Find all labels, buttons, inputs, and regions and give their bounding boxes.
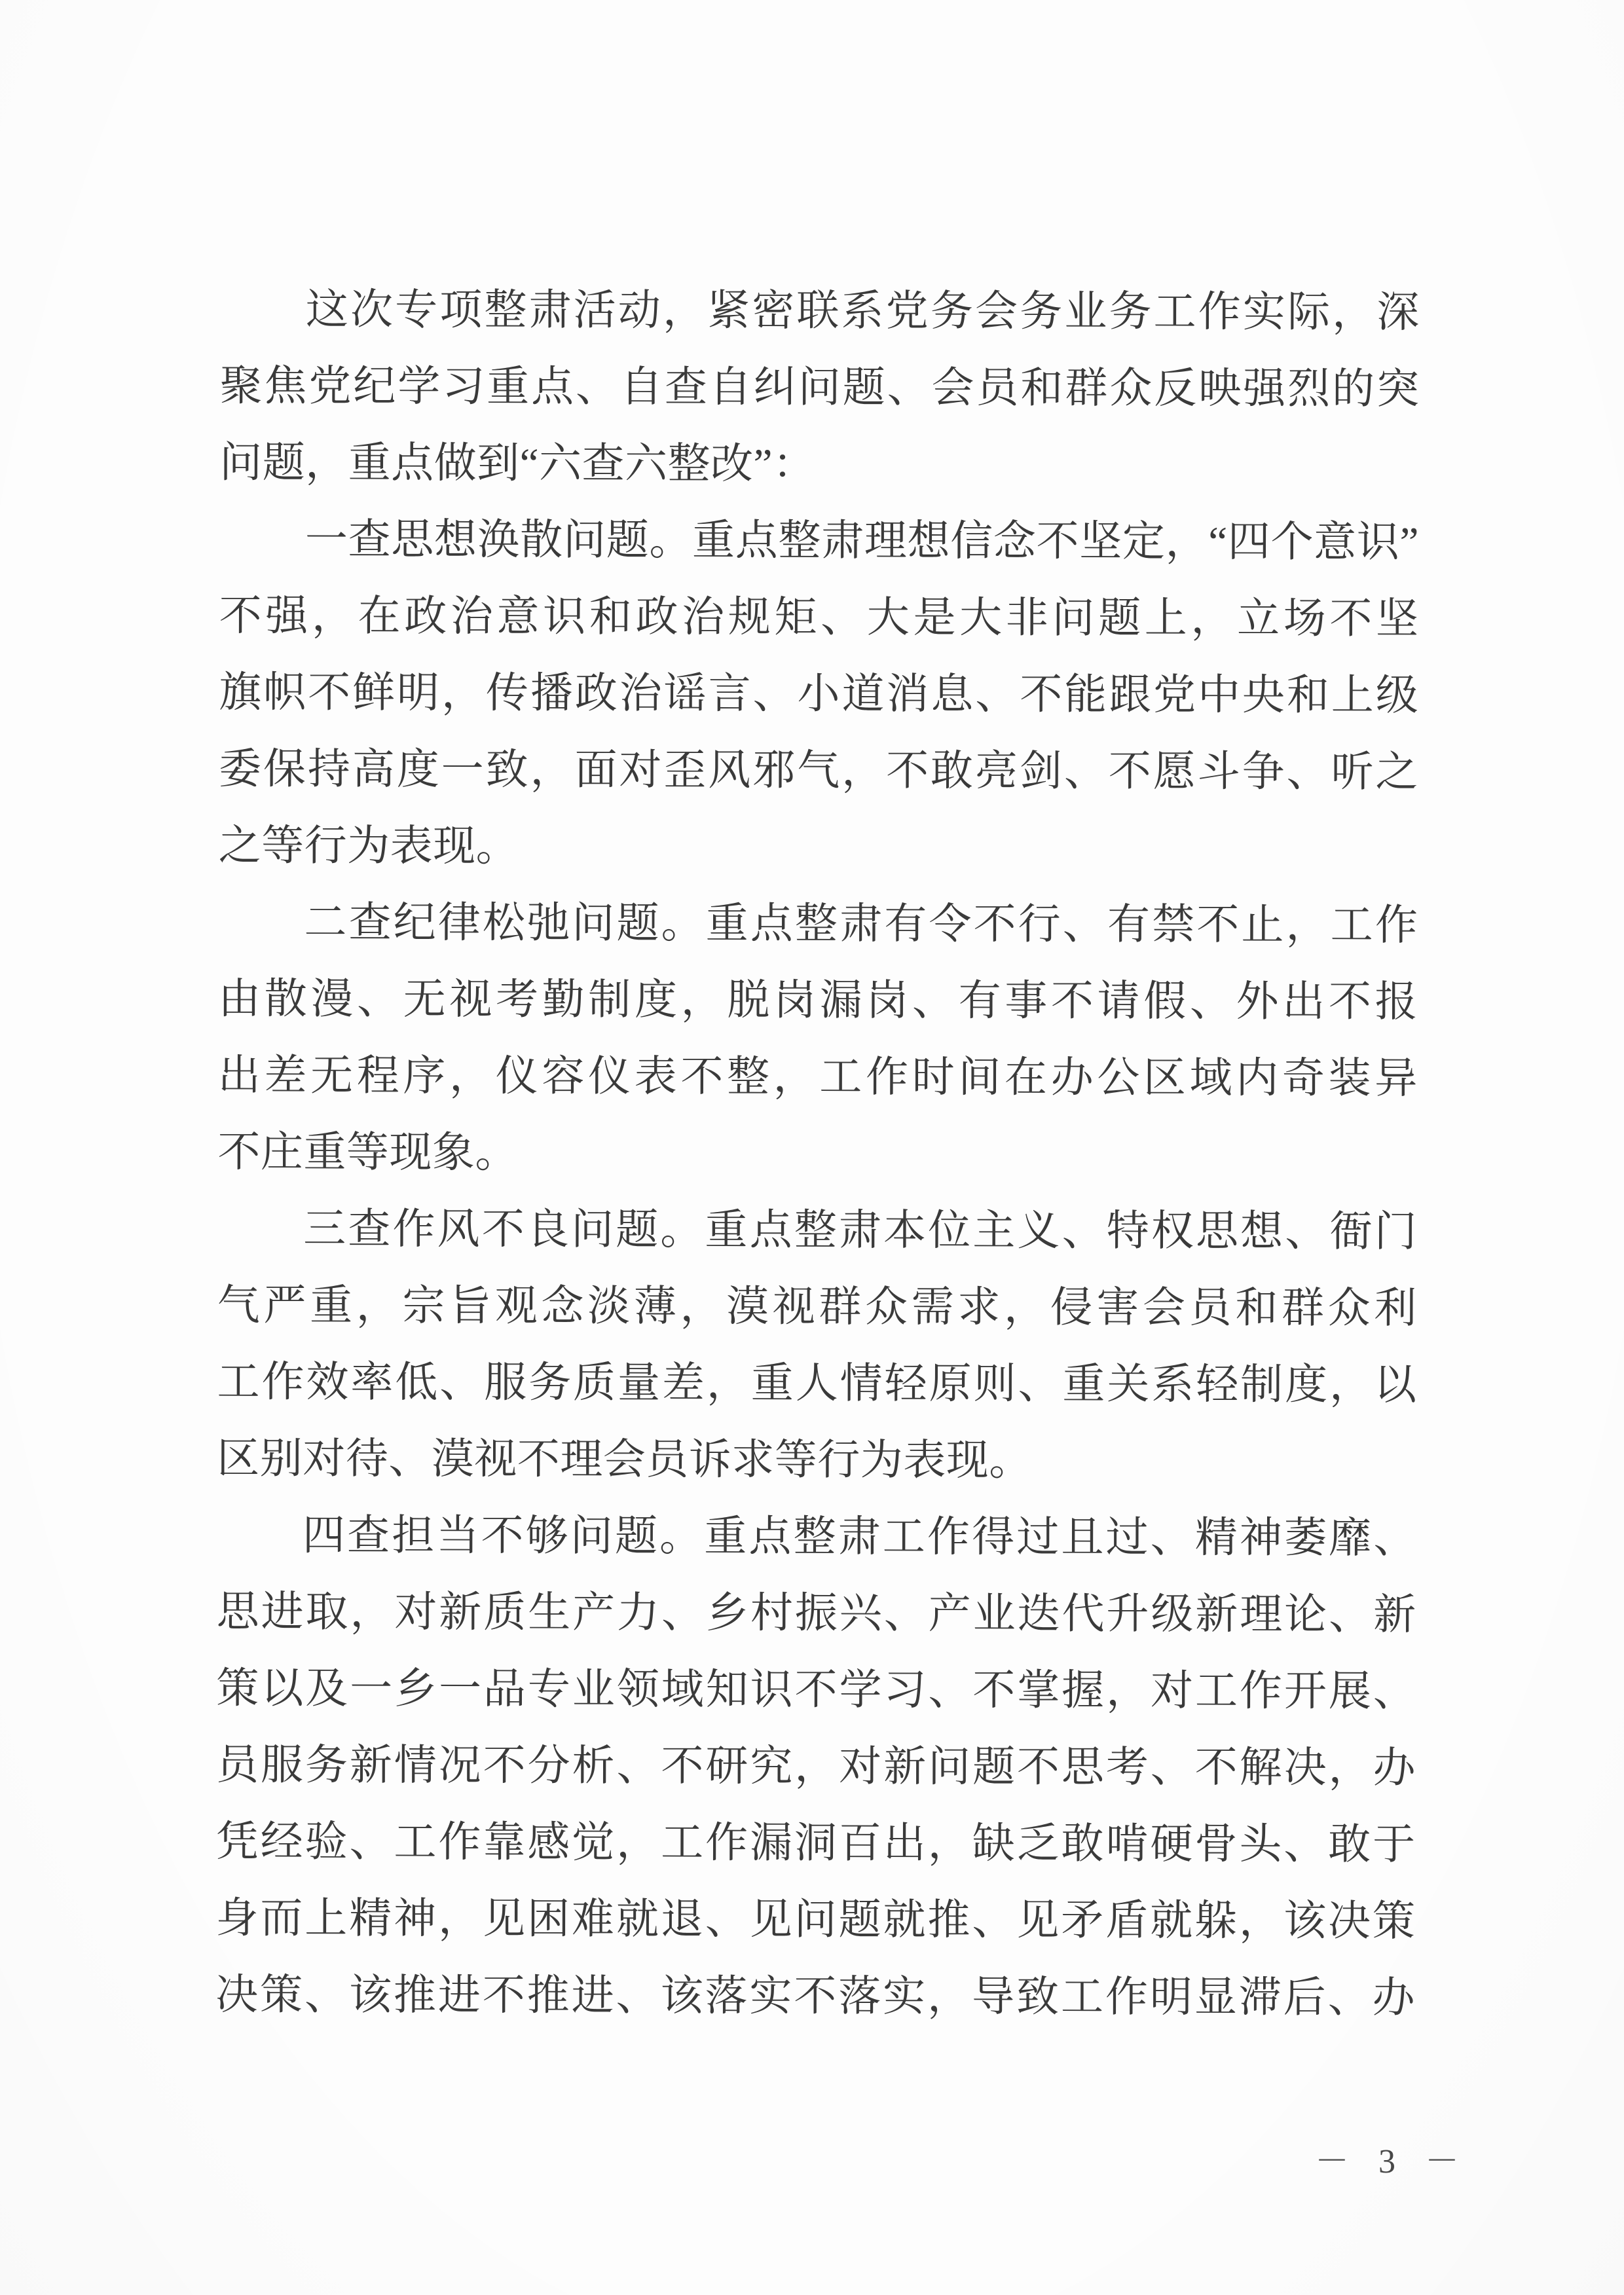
text-line: 思进取，对新质生产力、乡村振兴、产业迭代升级新理论、新政 <box>216 1574 1416 1654</box>
text-line: 三查作风不良问题。重点整肃本位主义、特权思想、衙门习 <box>217 1191 1417 1271</box>
text-line: 气严重，宗旨观念淡薄，漠视群众需求，侵害会员和群众利益， <box>217 1268 1417 1348</box>
text-line: 聚焦党纪学习重点、自查自纠问题、会员和群众反映强烈的突出 <box>219 348 1419 428</box>
text-line: 决策、该推进不推进、该落实不落实，导致工作明显滞后、办错 <box>215 1957 1415 2037</box>
text-line: 区别对待、漠视不理会员诉求等行为表现。 <box>217 1421 1416 1501</box>
text-line: 工作效率低、服务质量差，重人情轻原则、重关系轻制度，以及 <box>217 1344 1416 1424</box>
text-line: 身而上精神，见困难就退、见问题就推、见矛盾就躲，该决策不 <box>215 1881 1415 1960</box>
text-line: 策以及一乡一品专业领域知识不学习、不掌握，对工作开展、会 <box>216 1651 1416 1731</box>
text-line: 由散漫、无视考勤制度，脱岗漏岗、有事不请假、外出不报告、 <box>218 961 1418 1041</box>
text-line: 这次专项整肃活动，紧密联系党务会务业务工作实际，深度 <box>220 272 1420 352</box>
document-body: 这次专项整肃活动，紧密联系党务会务业务工作实际，深度聚焦党纪学习重点、自查自纠问… <box>215 272 1420 2037</box>
text-line: 员服务新情况不分析、不研究，对新问题不思考、不解决，办事 <box>216 1727 1416 1807</box>
text-line: 四查担当不够问题。重点整肃工作得过且过、精神萎靡、不 <box>217 1497 1416 1577</box>
document-page: 这次专项整肃活动，紧密联系党务会务业务工作实际，深度聚焦党纪学习重点、自查自纠问… <box>0 0 1624 2295</box>
text-line: 不强，在政治意识和政治规矩、大是大非问题上，立场不坚定、 <box>219 578 1418 658</box>
page-number: － 3 － <box>1315 2133 1469 2182</box>
text-line: 之等行为表现。 <box>219 808 1418 888</box>
text-line: 问题，重点做到“六查六整改”： <box>219 425 1419 505</box>
text-line: 一查思想涣散问题。重点整肃理想信念不坚定，“四个意识” <box>219 502 1419 581</box>
text-line: 委保持高度一致，面对歪风邪气，不敢亮剑、不愿斗争、听之任 <box>219 731 1418 811</box>
text-line: 不庄重等现象。 <box>217 1114 1417 1194</box>
text-line: 旗帜不鲜明，传播政治谣言、小道消息、不能跟党中央和上级党 <box>219 655 1418 735</box>
text-line: 凭经验、工作靠感觉，工作漏洞百出，缺乏敢啃硬骨头、敢于挺 <box>216 1804 1416 1884</box>
text-line: 出差无程序，仪容仪表不整，工作时间在办公区域内奇装异服， <box>218 1038 1418 1118</box>
text-line: 二查纪律松弛问题。重点整肃有令不行、有禁不止，工作自 <box>218 885 1418 964</box>
